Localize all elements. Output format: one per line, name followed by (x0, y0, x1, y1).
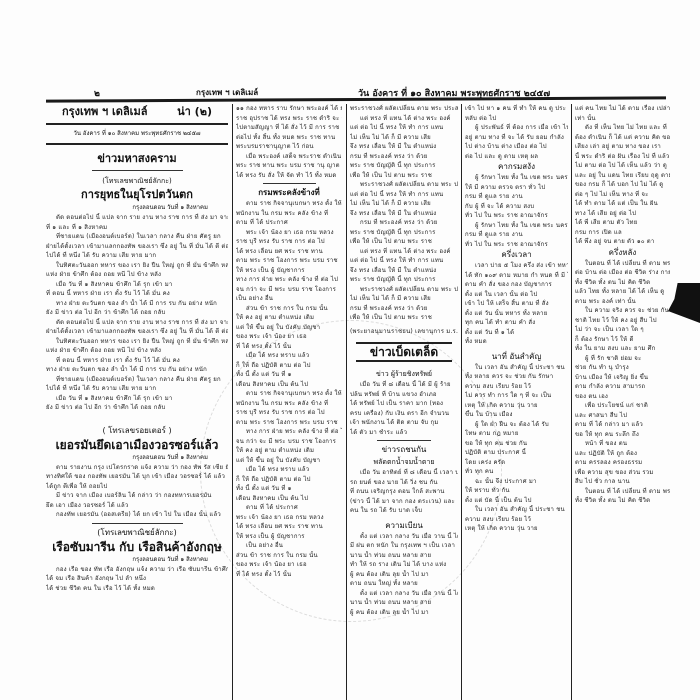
text-line: ตั้ง แต่ เวลา กลาง วัน เมื่อ วาน นี้ ได้ (350, 589, 458, 599)
nameplate: กรุงเทพ ฯ เดลิเมล์ น่า (๒) (46, 104, 228, 120)
text-line: เพื่อ ให้ เป็น ไป ตาม พระ ราช (350, 313, 458, 323)
text-line: ได้ ช่วย ชีวิต คน ใน เรือ ไว้ ได้ ทั้ง ห… (46, 584, 228, 594)
text-line: ตาม พระ ราช โองการ พระ บรม ราช (236, 256, 342, 266)
text-line: ตาม ถนน ใหญ่ ทั้ง หลาย (350, 579, 458, 589)
text-line: ไม่ เห็น ไม่ ได้ ก็ มี ความ เสีย (350, 294, 458, 304)
column-2: ๑๑ กอง ทหาร ราบ รักษา พระองค์ ได้ ยก ราช… (236, 104, 342, 700)
text-line: กับ ผู้ ที่ จะ ได้ ความ สงบ (465, 202, 568, 212)
text-line: มี ฝน ตก หนัก ใน กรุงเทพ ฯ เป็น เวลา (350, 541, 458, 551)
newspaper-page: ๒ กรุงเทพ ฯ เดลิเมล์ วัน อังคาร ที่ ๑๐ ส… (0, 0, 700, 700)
nameplate-page: น่า (๒) (177, 104, 212, 120)
text-line: เท่า นั้น (575, 114, 670, 124)
text-line: เดือน สิงหาคม เป็น ต้น ไป (236, 380, 342, 390)
story-dateline: กรุงลอนดอน วันที่ ๑ สิงหาคม (46, 453, 228, 463)
text-line: ที่ ได้ ทรง ตั้ง ไว้ นั้น (236, 342, 342, 352)
text-line: ยึด เอา เมือง วอรซอร์ ได้ แล้ว (46, 501, 228, 511)
text-line: โดย เคร่ง ครัด (465, 458, 568, 468)
text-line: ก็ ให้ ถือ ปฏิบัติ ตาม ต่อ ไป (236, 361, 342, 371)
text-line: ในทิศตะวันออก ทหาร ของ เรา ยิง ปืน ใหญ่ … (46, 337, 228, 347)
text-line: เป็น อย่าง อื่น (236, 294, 342, 304)
text-line: ช่วย กัน ทำ นุ บำรุง (575, 363, 670, 373)
text-line: ต้อง ดำเนิน ก็ ได้ แต่ ความ คิด ของ ชาว (575, 133, 670, 143)
text-line: จึง ทรง เลื่อน ให้ มี ใน ตำแหน่ง (350, 266, 458, 276)
text-line: ใน เวลา อัน สำคัญ นี้ ประชา ชน (465, 363, 568, 373)
text-line: เมื่อ วัน ที่ ๑ สิงหาคม ข้าศึก ได้ รุก เ… (46, 280, 228, 290)
text-line: พระ ราช บัญญัติ นี้ ทุก ประการ (350, 275, 458, 285)
text-line: ที่ ตอน นี้ ทหาร ฝ่าย เรา ตั้ง รับ ไว้ ไ… (46, 289, 228, 299)
text-line: ได้ ทรง รับ สั่ง ให้ จัด ทำ ไว้ ทั้ง หมด (236, 171, 342, 181)
text-line: ได้ ทำ ตาม ได้ แต่ เป็น ใน ฝัน (575, 199, 670, 209)
section-heading: ครึ่งเวลา (465, 249, 568, 261)
text-line: กรม ที่ พระองค์ ทรง ว่า ด้วย (350, 152, 458, 162)
text-line: จึง ทรง เลื่อน ให้ มี ใน ตำแหน่ง (350, 209, 458, 219)
scan-damage-blot (668, 283, 700, 323)
text-line: ชาติ ไทย ไว้ ให้ คง อยู่ สืบ ไป (575, 316, 670, 326)
text-line: ของ กรม ก็ ได้ บอก ไป ไม่ ได้ ดู (575, 180, 670, 190)
text-line: ก็ ให้ ถือ ปฏิบัติ ตาม ต่อ ไป (236, 475, 342, 485)
text-line: ตาม ที่ ได้ กล่าว มา แล้ว (575, 420, 670, 430)
text-line: ตาม คำ สั่ง ของ กอง บัญชาการ (465, 280, 568, 290)
column-3: พระราชวงศ์ ผลัดเปลี่ยน ตาม พระ ประสงค์ แ… (350, 104, 458, 700)
text-line: รถ ยนต์ ของ นาย ได้ วิ่ง ชน กัน (350, 478, 458, 488)
story-headline: เยอรมันยึดเอาเมืองวอรซอร์แล้ว (46, 437, 228, 453)
text-line: ที่ ๑ และ ที่ ๑ สิงหาคม (46, 223, 228, 233)
text-line: พระราชวงศ์ ผลัดเปลี่ยน ตาม พระ ประสงค์ (350, 285, 458, 295)
text-line: พระ ราช ทาน พระ บรม ราช านุ ญาต (236, 161, 342, 171)
text-line: นี้ พระ ดำริ ต่อ ฝัน เรื่อง ไป ที่ แล้ว (575, 152, 670, 162)
text-line: เหตุ ให้ เกิด ความ วุ่น วาย (465, 524, 568, 534)
text-line: ทั้ง ชีวิต ทั้ง ตน ไม่ คิด ชีวิต (575, 496, 670, 506)
text-line: พระบรมราชานุญาต ไว้ ก่อน (236, 142, 342, 152)
text-line: ทั้ง ชีวิต ทั้ง ตน ไม่ คิด ชีวิต (575, 278, 670, 288)
column-divider (232, 104, 233, 700)
text-line: ไม่ เห็น ไม่ ได้ ก็ มี ความ เสีย (350, 199, 458, 209)
text-line: ได้ พี่ เสีย ตาม ตัว ไทย (575, 218, 670, 228)
text-line: ส่วน ข้า ราช การ ใน กรม นั้น (236, 551, 342, 561)
text-line: ตาม ครรลอง ครองธรรม (575, 458, 670, 468)
text-line: ในทิศตะวันออก ทหาร ของ เรา ยิง ปืน ใหญ่ … (46, 261, 228, 271)
text-line: และ ปฏิบัติ ให้ ถูก ต้อง (575, 449, 670, 459)
text-line: ต่อไป ทั้ง สิ้น ทั้ง หมด พระ ราช ทาน (236, 133, 342, 143)
text-line: ผู้ รักษา ไทย ทั้ง ใน เขต พระ นคร (465, 221, 568, 231)
text-line: ๑๑ กอง ทหาร ราบ รักษา พระองค์ ได้ ยก (236, 104, 342, 114)
column-5: แต่ คน ไทย ไม่ ได้ ตาม เรื่อง เปล่า ๆ สู… (575, 104, 670, 700)
column-divider (571, 104, 572, 700)
masthead-rule (46, 96, 666, 102)
text-line: แต่ ต่อ ไป นี้ ทรง ให้ ทำ การ แทน (350, 123, 458, 133)
text-line: เมื่อ ได้ ทรง ทราบ แล้ว (236, 351, 342, 361)
text-line: ทั้ง นี้ ตั้ง แต่ วัน ที่ ๑ (236, 484, 342, 494)
text-line: เพื่อ ให้ เป็น ไป ตาม พระ ราช (350, 171, 458, 181)
section-heading: นาที่ อันสำคัญ (465, 351, 568, 363)
text-line: ราช อุปราช ได้ ทรง พระ ราช ดำริ จะ ตรา พ… (236, 114, 342, 124)
text-line: แห่ง ฝ่าย ข้าศึก ต้อง ถอย หนี ไป ข้าง หล… (46, 346, 228, 356)
text-line: เป็น อย่าง อื่น (236, 541, 342, 551)
text-line: ตั้ง แต่ ใน เวลา นั้น ต่อ ไป (465, 290, 568, 300)
text-line: ทุก คน ได้ ทำ ตาม คำ สั่ง (465, 318, 568, 328)
text-line: ใน เวลา อัน สำคัญ นี้ ประชา ชน (465, 505, 568, 515)
text-line: ครบ เครื่อง) กับ เงิน ตรา อีก จำนวน (350, 409, 458, 419)
text-line: แต่ ทรง ที่ แทน ได้ ต่าง พระ องค์ (350, 114, 458, 124)
text-line: ทำ ให้ รถ ราง เดิน ไม่ ได้ บาง แห่ง (350, 560, 458, 570)
text-line: เพื่อ ความ สุข ของ ส่วน รวม (575, 468, 670, 478)
text-line: ตาม พระ ราช โองการ พระ บรม ราช (236, 418, 342, 428)
column-4: เข้า ไป หา ๑ คน ที่ ทำ ให้ คน ดู ประ หลั… (465, 104, 568, 700)
text-line: เพื่อ ให้ เป็น ไป ตาม พระ ราช (350, 237, 458, 247)
text-line: พระ เจ้า น้อง ยา เธอ กรม หลวง (236, 228, 342, 238)
text-line: ผู้ ที่ รัก ชาติ ย่อม จะ (575, 354, 670, 364)
text-line: ยัง มี ข่าว ต่อ ไป อีก ว่า ข้าศึก ได้ ถอ… (46, 308, 228, 318)
text-line: ได้ ตัว มา ชำระ แล้ว (350, 428, 458, 438)
text-line: ได้ จม เรือ สินค้า อังกฤษ ไป ลำ หนึ่ง (46, 574, 228, 584)
text-line: หลับ ต่อ ไป (465, 114, 568, 124)
text-line: เหตุ ให้ เกิด ความ วุ่น วาย (465, 401, 568, 411)
text-line: ตั้ง แต่ วัน ที่ ๑ ได้ (465, 328, 568, 338)
section-heading: คากรมสงัง (465, 161, 568, 173)
text-line: ทั่ว ไป ใน พระ ราช อาณาจักร (465, 240, 568, 250)
text-line: โทษ ตาม กฎ หมาย (465, 429, 568, 439)
section-title: ข่าวมหาสงคราม (46, 151, 228, 167)
nameplate-date: วัน อังคาร ที่ ๑๐ สิงหาคม พระพุทธศักราช … (46, 128, 228, 140)
text-line: นาน น้ำ ท่วม ถนน หลาย สาย (350, 598, 458, 608)
text-line: ให้ ทรง เป็น ผู้ บัญชาการ (236, 266, 342, 276)
text-line: จน กว่า จะ มี พระ บรม ราช โองการ (236, 285, 342, 295)
text-line: ที่ชายแดน (เมืองอนต์เบอร์ต) ในเวลา กลาง … (46, 375, 228, 385)
text-line: นาน น้ำ ท่วม ถนน หลาย สาย (350, 551, 458, 561)
text-line: ไม่ ควร ทำ การ ใด ๆ ที่ จะ เป็น (465, 391, 568, 401)
text-line: กองทัพ เยอรมัน (ออสเตรีย) ได้ ยก เข้า ไป… (46, 510, 228, 520)
column-1: กรุงเทพ ฯ เดลิเมล์ น่า (๒) วัน อังคาร ที… (46, 104, 228, 700)
text-line: ให้ มี ความ ตรวจ ตรา ทั่ว ไป (465, 183, 568, 193)
text-line: เสียง เล่า อยู่ ตาม ทาง ของ เรา (575, 142, 670, 152)
text-line: พระราชวงศ์ ผลัดเปลี่ยน ตาม พระ ประสงค์ (350, 104, 458, 114)
masthead-paper-name: กรุงเทพ ฯ เดลิเมล์ (196, 86, 258, 99)
text-line: ตาม ราช กิจจานุเบกษา ทรง ตั้ง ให้ เป็น เ… (236, 199, 342, 209)
text-line: พนักงาน ใน กรม พระ คลัง ข้าง ที่ (236, 209, 342, 219)
text-line: แห่ง ฝ่าย ข้าศึก ต้อง ถอย หนี ไป ข้าง หล… (46, 270, 228, 280)
story-title: ความเบียน (350, 520, 458, 532)
text-line: ของ พระ เจ้า น้อง ยา เธอ (236, 332, 342, 342)
text-line: เวลา บ่าย ๕ โมง ครึ่ง ส่ง เข้า ทหาร (465, 261, 568, 271)
text-line: ทาง ได้ เสีย อยู่ ต่อ ไป (575, 209, 670, 219)
text-line: กรม ที่ พระองค์ ทรง ว่า ด้วย (350, 218, 458, 228)
text-line: กรม การ เปิด แล (575, 228, 670, 238)
text-line: ที่ ตอน นี้ ทหาร ฝ่าย เรา ตั้ง รับ ไว้ ไ… (46, 356, 228, 366)
text-line: ในตอน ที่ ได้ เปลี่ยน ที่ ตาม พระ องค์ (575, 259, 670, 269)
text-line: ทั้ง หลาย ควร จะ ช่วย กัน รักษา (465, 372, 568, 382)
text-line: ให้ ทราบ ทั่ว กัน (465, 486, 568, 496)
text-line: ให้ ทรง เป็น ผู้ บัญชาการ (236, 532, 342, 542)
text-line: ตั้ง แต่ บัด นี้ เป็น ต้น ไป (465, 496, 568, 506)
nameplate-title: กรุงเทพ ฯ เดลิเมล์ (62, 104, 147, 120)
text-line: ปล้น ทรัพย์ ที่ บ้าน แขวง อำเภอ (350, 390, 458, 400)
masthead: ๒ กรุงเทพ ฯ เดลิเมล์ วัน อังคาร ที่ ๑๐ ส… (46, 86, 666, 100)
text-line: ปฏิบัติ ตาม ประกาศ นี้ (465, 448, 568, 458)
text-line: ทั่ว ไป ใน พระ ราช อาณาจักร (465, 211, 568, 221)
text-line: พนักงาน ใน กรม พระ คลัง ข้าง ที่ (236, 399, 342, 409)
text-line: ทั้ง หมด (465, 337, 568, 347)
text-line: ให้ คง อยู่ ตาม ตำแหน่ง เดิม (236, 446, 342, 456)
text-line: จึง ทรง เลื่อน ให้ มี ใน ตำแหน่ง (350, 142, 458, 152)
text-line: ผู้ ใด ฝ่า ฝืน จะ ต้อง ได้ รับ (465, 420, 568, 430)
story-source: (โทรเลขพาณิชย์ลักกะ) (46, 527, 228, 539)
text-line: ไปตามสัญญา ที่ ได้ สั่ง ไว้ มี การ ราช (236, 123, 342, 133)
section-title-box: ข่าวเบ็ดเตล็ด (356, 342, 452, 362)
text-line: ความ สงบ เรียบ ร้อย ไว้ (465, 382, 568, 392)
text-line: ต่อ บ้าน ต่อ เมือง ต่อ ชีวิต ร่าง กาย (575, 268, 670, 278)
text-line: ไม่ ว่า จะ เป็น เวลา ใด ๆ (575, 325, 670, 335)
story-title: ข่าวรถชนกัน (350, 444, 458, 456)
text-line: ไปได้ ที่ หนึ่ง ได้ รับ ความ เสีย หาย มา… (46, 384, 228, 394)
text-line: ก็ ต้อง รักษา ไว้ ให้ ดี (575, 335, 670, 345)
story-subtitle: พลัดตกน้ำจมน้ำตาย (350, 456, 458, 468)
section-heading: ครึ่งหลัง (575, 247, 670, 259)
text-line: เมื่อ วัน อาทิตย์ ที่ ๘ เดือน นี้ เวลา บ… (350, 468, 458, 478)
divider (263, 183, 316, 184)
text-line: เมื่อ ได้ ทรง ทราบ แล้ว (236, 465, 342, 475)
text-line: กอง เรือ ของ ทัพ เรือ อังกฤษ แจ้ง ความ ว… (46, 565, 228, 575)
text-line: ทั้ง นี้ ตั้ง แต่ วัน ที่ ๑ (236, 370, 342, 380)
text-line: ได้ ทรง เลื่อน ยศ พระ ราช ทาน (236, 522, 342, 532)
text-line: มี ข่าว จาก เมือง เบอร์ลิน ได้ กล่าว ว่า… (46, 491, 228, 501)
story-dateline: กรุงลอนดอน วันที่ ๑ สิงหาคม (46, 555, 228, 565)
text-line: ได้ ทรง เลื่อน ยศ พระ ราช ทาน (236, 247, 342, 257)
text-line: เดือน สิงหาคม เป็น ต้น ไป (236, 494, 342, 504)
text-line: พระ ราช บัญญัติ นี้ ทุก ประการ (350, 161, 458, 171)
text-line: ตั้ง แต่ เวลา กลาง วัน เมื่อ วาน นี้ ได้ (350, 532, 458, 542)
text-line: ตาม ที่ ได้ ประกาศ (236, 503, 342, 513)
text-line: ทาง การ ฝ่าย พระ คลัง ข้าง ที่ ต่อ ไป (236, 427, 342, 437)
text-line: แต่ คน ไทย ไม่ ได้ ตาม เรื่อง เปล่า ๆ สู… (575, 104, 670, 114)
story-headline: การยุทธในยุโรปตวันตก (46, 187, 228, 203)
story-dateline: กรุงลอนดอน วันที่ ๑ สิงหาคม (46, 203, 228, 213)
text-line: แต่ ต่อ ไป นี้ ทรง ให้ ทำ การ แทน (350, 190, 458, 200)
text-line: ขอ ให้ ทุก คน ช่วย กัน (465, 439, 568, 449)
text-line: ทางทิศใต้ ของ กองทัพ เยอรมัน ได้ บุก เข้… (46, 472, 228, 482)
page-number: ๒ (94, 86, 100, 100)
text-line: เพื่อ ประโยชน์ แก่ ชาติ (575, 401, 670, 411)
text-line: ตาม ที่ ได้ ประกาศ (236, 218, 342, 228)
text-line: ที่ ถนน เจริญกรุง ตอน ใกล้ สะพาน (350, 487, 458, 497)
text-line: ได้ พึ่ง อยู่ จน ตาย ตัว ๑๐ ตา (575, 237, 670, 247)
text-line: คน ใน รถ ได้ รับ บาด เจ็บ (350, 506, 458, 516)
text-line: ทาง ฝ่าย ตะวันตก ของ ลำ น้ำ ได้ มี การ ร… (46, 365, 228, 375)
text-line: ที่ ได้ ทรง ตั้ง ไว้ นั้น (236, 570, 342, 580)
text-line: ไปได้ ที่ หนึ่ง ได้ รับ ความ เสีย หาย มา… (46, 251, 228, 261)
text-line: ไป ต่าง บ้าน ต่าง เมือง ต่อ ไป (465, 142, 568, 152)
divider (377, 440, 431, 441)
text-line: ได้ ทรัพย์ ไป เป็น ราคา มาก (ทอง (350, 399, 458, 409)
text-line: ที่ชายแดน (เมืองอนต์เบอร์ต) ในเวลา กลาง … (46, 232, 228, 242)
text-line: พระ ราช บัญญัติ นี้ ทุก ประการ (350, 228, 458, 238)
text-line: ตาม กำลัง ความ สามารถ (575, 382, 670, 392)
text-line: ผู้ คน ต้อง เดิน ลุย น้ำ ไป มา (350, 570, 458, 580)
text-line: จน กว่า จะ มี พระ บรม ราช โองการ (236, 437, 342, 447)
text-line: ขอ ให้ ทุก คน ระลึก ถึง (575, 430, 670, 440)
text-line: ความ สงบ เรียบ ร้อย ไว้ (465, 515, 568, 525)
text-line: แต่ ให้ ขึ้น อยู่ ใน บังคับ บัญชา (236, 323, 342, 333)
text-line: หน้า ที่ ของ ตน (575, 439, 670, 449)
text-line: และ ศาสนา สืบ ไป (575, 411, 670, 421)
story-source: ( โทรเลขรอยเตอร์ ) (46, 425, 228, 437)
divider (92, 523, 183, 524)
divider (46, 143, 228, 145)
text-line: ได้ถูก ตีเพื่อ ให้ ถอยไป (46, 482, 228, 492)
text-line: อยู่ ตาม ทาง ที่ จะ ได้ รับ ยอม กำลัง (465, 133, 568, 143)
section-subtitle: ข่าว ผู้ร้ายชิงทรัพย์ (350, 368, 458, 380)
section-title: ข่าวเบ็ดเตล็ด (356, 344, 452, 360)
text-line: ทั่ว ทุก คน (465, 467, 568, 477)
text-line: แต่ ต่อ ไป นี้ ทรง ให้ ทำ การ แทน (350, 256, 458, 266)
divider (92, 170, 183, 171)
text-line: ผู้ คน ต้อง เดิน ลุย น้ำ ไป มา (350, 608, 458, 618)
text-line: แล้ว ไทย ทั้ง หลาย ได้ ได้ เห็น ดู (575, 287, 670, 297)
text-line: กรม ที่ ดูแล ราย งาน (465, 192, 568, 202)
text-line: กรม ที่ พระองค์ ทรง ว่า ด้วย (350, 304, 458, 314)
text-line: แต่ ให้ ขึ้น อยู่ ใน บังคับ บัญชา (236, 456, 342, 466)
column-divider (346, 104, 347, 700)
text-line: สืบ ไป ชั่ว กาล นาน (575, 477, 670, 487)
text-line: ในตอน ที่ ได้ เปลี่ยน ที่ ตาม พระ องค์ (575, 487, 670, 497)
text-line: ผู้ ประพันธ์ ที่ ต้อง การ เมื่อ เข้า ไป (465, 123, 568, 133)
text-line: ยัง มี ข่าว ต่อ ไป อีก ว่า ข้าศึก ได้ ถอ… (46, 403, 228, 413)
text-line: ทาง ฝ่าย ตะวันตก ของ ลำ น้ำ ได้ มี การ ร… (46, 299, 228, 309)
section-heading: กรมพระคลังข้างที่ (236, 187, 342, 199)
text-line: ฉะ นั้น จึง ประกาศ มา (465, 477, 568, 487)
text-line: ให้ คง อยู่ ตาม ตำแหน่ง เดิม (236, 313, 342, 323)
text-line: (ข่าว นี้ ได้ มา จาก กอง ตระเวน) และ (350, 497, 458, 507)
byline: (พระยาอนุมานราชธน) เลขานุการ ม.ร. (350, 327, 458, 337)
text-line: ต่อ ไป และ ดู ตาม เหตุ ผล (465, 152, 568, 162)
text-line: ใน ความ จริง ควร จะ ช่วย กัน รักษา (575, 306, 670, 316)
text-line: ตาม พระ องค์ เท่า นั้น (575, 297, 670, 307)
text-line: ขึ้น ใน บ้าน เมือง (465, 410, 568, 420)
text-line: กรม ที่ ดูแล ราย งาน (465, 230, 568, 240)
text-line: ตั้ง แต่ วัน นั้น ทหาร ทั้ง หลาย (465, 309, 568, 319)
text-line: ของ ตน เอง (575, 392, 670, 402)
text-line: เมื่อ วัน ที่ ๘ เดือน นี้ ได้ มี ผู้ ร้า… (350, 380, 458, 390)
story-source: (โทรเลขพาณิชย์ลักกะ) (46, 175, 228, 187)
text-line: ต่อ ๆ ไป ไม่ เห็น ทาง ที่ จะ (575, 190, 670, 200)
text-line: บ้าน เมือง ให้ เจริญ ยิ่ง ขึ้น (575, 373, 670, 383)
text-line: ส่วน ข้า ราช การ ใน กรม นั้น (236, 304, 342, 314)
text-line: เข้า ไป ให้ เสร็จ สิ้น ตาม ที่ สั่ง (465, 299, 568, 309)
text-line: เข้า ไป หา ๑ คน ที่ ทำ ให้ คน ดู ประ (465, 104, 568, 114)
story-headline: เรือซับมารีน กับ เรือสินค้าอังกฤษ (46, 539, 228, 555)
text-line: แต่ ทรง ที่ แทน ได้ ต่าง พระ องค์ (350, 247, 458, 257)
text-line: เมื่อ พระองค์ เสด็จ พระราช ดำเนิน (236, 152, 342, 162)
text-line: พระราชวงศ์ ผลัดเปลี่ยน ตาม พระ ประสงค์ (350, 180, 458, 190)
text-line: ได้ ทัก ๑๐๙ ตาม หมาย กำ หนด ที่ มี ไว้ (465, 271, 568, 281)
text-line: และ อยู่ ใน แดน ไทย เรียบ ฤดู ตาม (575, 171, 670, 181)
text-line: ทาง การ ฝ่าย พระ คลัง ข้าง ที่ ต่อ ไป (236, 275, 342, 285)
text-line: ราช บุรี ทรง รับ ราช การ ต่อ ไป (236, 408, 342, 418)
text-line: ดัง ที่ เห็น ไทย ไม่ ไทย และ ที่ (575, 123, 670, 133)
text-line: ผู้ รักษา ไทย ทั้ง ใน เขต พระ นคร (465, 173, 568, 183)
text-line: ฝ่ายได้ตั้งเวลา เข้ามาแลกกองทัพ ของเรา ซ… (46, 242, 228, 252)
text-line: ตัด ตอนต่อไป นี้ แปล จาก ราย งาน ทาง ราช… (46, 318, 228, 328)
text-line: พระ เจ้า น้อง ยา เธอ กรม หลวง (236, 513, 342, 523)
text-line: เจ้า พนักงาน ได้ ติด ตาม จับ กุม (350, 418, 458, 428)
text-line: ตาม ราช กิจจานุเบกษา ทรง ตั้ง ให้ เป็น เ… (236, 389, 342, 399)
text-line: ไม่ ตาม ต่อ ไป ได้ เห็น แล้ว ว่า ดู (575, 161, 670, 171)
text-line: ตาม รายงาน กรุง เปโตรกราด แจ้ง ความ ว่า … (46, 463, 228, 473)
column-divider (461, 104, 462, 700)
divider (46, 123, 228, 125)
text-line: ทั้ง ใน ยาม สงบ และ ยาม ศึก (575, 344, 670, 354)
text-line: ตัด ตอนต่อไป นี้ แปล จาก ราย งาน ทาง ราช… (46, 213, 228, 223)
text-line: ไม่ เห็น ไม่ ได้ ก็ มี ความ เสีย (350, 133, 458, 143)
text-line: เมื่อ วัน ที่ ๑ สิงหาคม ข้าศึก ได้ รุก เ… (46, 394, 228, 404)
text-line: ฝ่ายได้ตั้งเวลา เข้ามาแลกกองทัพ ของเรา ซ… (46, 327, 228, 337)
text-line: ราช บุรี ทรง รับ ราช การ ต่อ ไป (236, 237, 342, 247)
text-line: ของ พระ เจ้า น้อง ยา เธอ (236, 560, 342, 570)
